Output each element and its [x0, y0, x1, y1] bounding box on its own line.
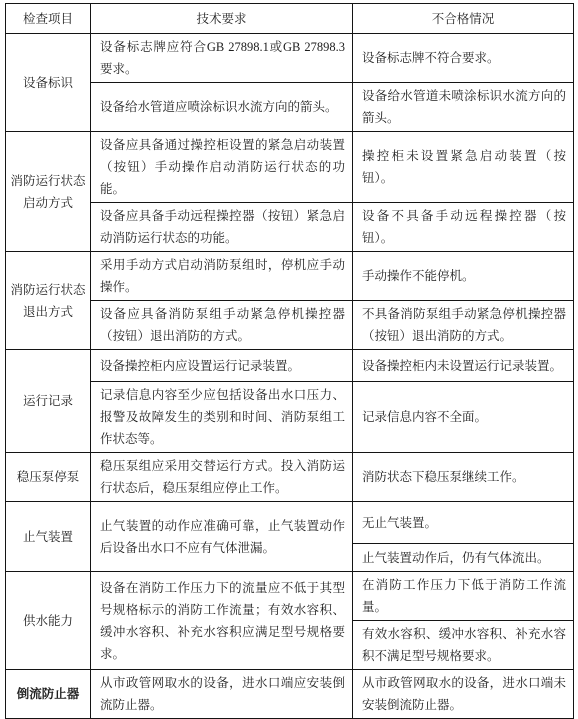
tech-cell: 设备应具备消防泵组手动紧急停机操控器（按钮）退出消防的方式。: [91, 301, 353, 350]
tech-cell: 设备操控柜内应设置运行记录装置。: [91, 350, 353, 382]
tech-cell: 设备应具备手动远程操控器（按钮）紧急启动消防运行状态的功能。: [91, 203, 353, 252]
table-header-row: 检查项目 技术要求 不合格情况: [6, 4, 574, 34]
tech-cell: 从市政管网取水的设备，进水口端应安装倒流防止器。: [91, 670, 353, 719]
table-row: 设备标识 设备标志牌应符合GB 27898.1或GB 27898.3要求。 设备…: [6, 34, 574, 83]
table-row: 稳压泵停泵 稳压泵组应采用交替运行方式。投入消防运行状态后，稳压泵组应停止工作。…: [6, 453, 574, 502]
item-cell-air-stop-device: 止气装置: [6, 502, 91, 572]
fail-cell: 无止气装置。: [353, 502, 574, 544]
tech-cell: 设备应具备通过操控柜设置的紧急启动装置（按钮）手动操作启动消防运行状态的功能。: [91, 132, 353, 203]
item-cell-fire-start-mode: 消防运行状态 启动方式: [6, 132, 91, 252]
tech-cell: 设备在消防工作压力下的流量应不低于其型号规格标示的消防工作流量；有效水容积、缓冲…: [91, 572, 353, 670]
fail-cell: 手动操作不能停机。: [353, 252, 574, 301]
table-row: 消防运行状态 退出方式 采用手动方式启动消防泵组时，停机应手动操作。 手动操作不…: [6, 252, 574, 301]
tech-cell: 稳压泵组应采用交替运行方式。投入消防运行状态后，稳压泵组应停止工作。: [91, 453, 353, 502]
table-row: 止气装置 止气装置的动作应准确可靠，止气装置动作后设备出水口不应有气体泄漏。 无…: [6, 502, 574, 544]
header-nonconformance: 不合格情况: [353, 4, 574, 34]
fail-cell: 不具备消防泵组手动紧急停机操控器（按钮）退出消防的方式。: [353, 301, 574, 350]
fail-cell: 从市政管网取水的设备，进水口端未安装倒流防止器。: [353, 670, 574, 719]
table-row: 消防运行状态 启动方式 设备应具备通过操控柜设置的紧急启动装置（按钮）手动操作启…: [6, 132, 574, 203]
header-inspection-item: 检查项目: [6, 4, 91, 34]
table-row: 倒流防止器 从市政管网取水的设备，进水口端应安装倒流防止器。 从市政管网取水的设…: [6, 670, 574, 719]
tech-cell: 采用手动方式启动消防泵组时，停机应手动操作。: [91, 252, 353, 301]
fail-cell: 设备给水管道未喷涂标识水流方向的箭头。: [353, 83, 574, 132]
fail-cell: 有效水容积、缓冲水容积、补充水容积不满足型号规格要求。: [353, 621, 574, 670]
tech-cell: 设备标志牌应符合GB 27898.1或GB 27898.3要求。: [91, 34, 353, 83]
tech-cell: 记录信息内容至少应包括设备出水口压力、报警及故障发生的类别和时间、消防泵组工作状…: [91, 382, 353, 453]
item-cell-water-supply-capacity: 供水能力: [6, 572, 91, 670]
table-row: 设备应具备手动远程操控器（按钮）紧急启动消防运行状态的功能。 设备不具备手动远程…: [6, 203, 574, 252]
item-cell-operation-record: 运行记录: [6, 350, 91, 453]
table-row: 设备给水管道应喷涂标识水流方向的箭头。 设备给水管道未喷涂标识水流方向的箭头。: [6, 83, 574, 132]
table-row: 运行记录 设备操控柜内应设置运行记录装置。 设备操控柜内未设置运行记录装置。: [6, 350, 574, 382]
fail-cell: 设备标志牌不符合要求。: [353, 34, 574, 83]
fail-cell: 设备操控柜内未设置运行记录装置。: [353, 350, 574, 382]
table-row: 设备应具备消防泵组手动紧急停机操控器（按钮）退出消防的方式。 不具备消防泵组手动…: [6, 301, 574, 350]
tech-cell: 设备给水管道应喷涂标识水流方向的箭头。: [91, 83, 353, 132]
item-cell-backflow-preventer: 倒流防止器: [6, 670, 91, 719]
fail-cell: 止气装置动作后，仍有气体流出。: [353, 544, 574, 572]
fail-cell: 在消防工作压力下低于消防工作流量。: [353, 572, 574, 621]
item-cell-pressure-pump-stop: 稳压泵停泵: [6, 453, 91, 502]
item-cell-equipment-marking: 设备标识: [6, 34, 91, 132]
fail-cell: 操控柜未设置紧急启动装置（按钮）。: [353, 132, 574, 203]
header-technical-requirement: 技术要求: [91, 4, 353, 34]
tech-cell: 止气装置的动作应准确可靠，止气装置动作后设备出水口不应有气体泄漏。: [91, 502, 353, 572]
table-row: 供水能力 设备在消防工作压力下的流量应不低于其型号规格标示的消防工作流量；有效水…: [6, 572, 574, 621]
inspection-table: 检查项目 技术要求 不合格情况 设备标识 设备标志牌应符合GB 27898.1或…: [5, 3, 574, 719]
table-row: 记录信息内容至少应包括设备出水口压力、报警及故障发生的类别和时间、消防泵组工作状…: [6, 382, 574, 453]
fail-cell: 消防状态下稳压泵继续工作。: [353, 453, 574, 502]
fail-cell: 记录信息内容不全面。: [353, 382, 574, 453]
item-cell-fire-exit-mode: 消防运行状态 退出方式: [6, 252, 91, 350]
fail-cell: 设备不具备手动远程操控器（按钮）。: [353, 203, 574, 252]
